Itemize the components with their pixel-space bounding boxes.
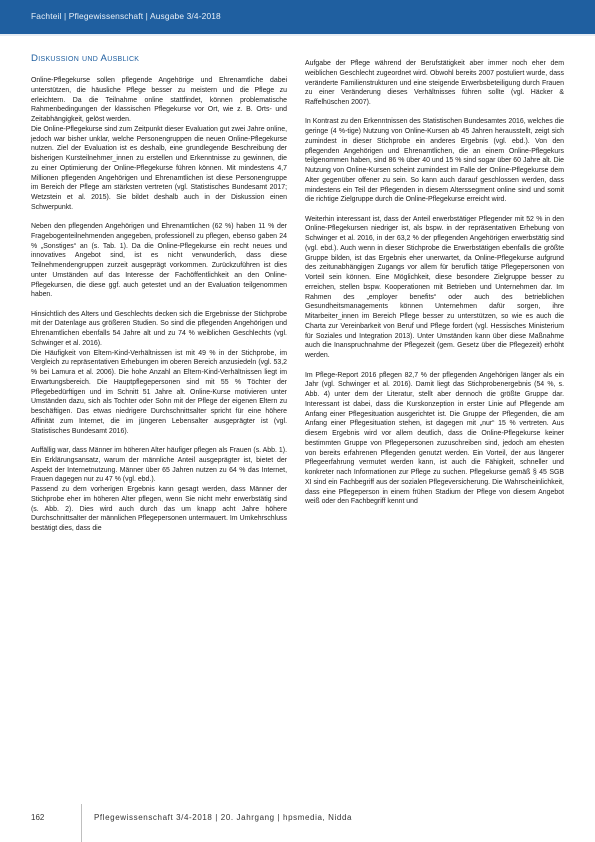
paragraph: In Kontrast zu den Erkenntnissen des Sta… [305,117,564,205]
paragraph: Weiterhin interessant ist, dass der Ante… [305,215,564,361]
paragraph: Neben den pflegenden Angehörigen und Ehr… [31,222,287,300]
right-column: Aufgabe der Pflege während der Berufstät… [305,59,564,507]
paragraph: Auffällig war, dass Männer im höheren Al… [31,446,287,485]
paragraph: Passend zu dem vorherigen Ergebnis kann … [31,485,287,534]
running-header-title: Fachteil | Pflegewissenschaft | Ausgabe … [31,11,221,21]
footer-divider [81,804,82,842]
paragraph: Online-Pflegekurse sollen pflegende Ange… [31,76,287,125]
running-header-bar: Fachteil | Pflegewissenschaft | Ausgabe … [0,0,595,36]
page-number: 162 [31,813,44,822]
left-column: Online-Pflegekurse sollen pflegende Ange… [31,76,287,534]
paragraph: Die Online-Pflegekurse sind zum Zeitpunk… [31,125,287,213]
section-heading: Diskussion und Ausblick [31,53,139,64]
paragraph: Die Häufigkeit von Eltern-Kind-Verhältni… [31,349,287,437]
footer-publication: Pflegewissenschaft 3/4-2018 | 20. Jahrga… [94,813,352,822]
paragraph: Aufgabe der Pflege während der Berufstät… [305,59,564,108]
paragraph: Hinsichtlich des Alters und Geschlechts … [31,310,287,349]
paragraph: Im Pflege-Report 2016 pflegen 82,7 % der… [305,371,564,508]
